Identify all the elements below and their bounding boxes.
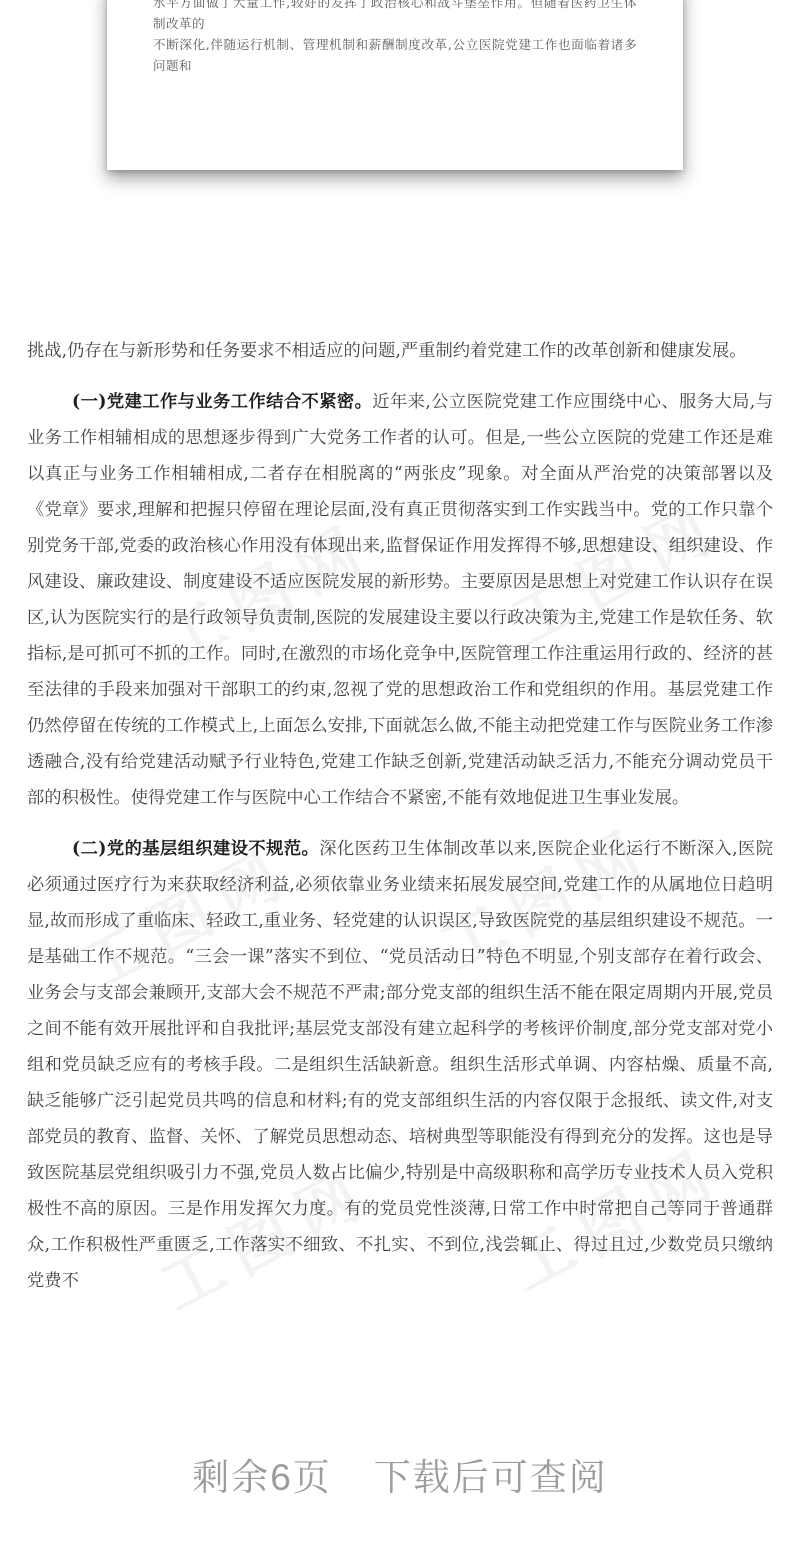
card-text-line: 不断深化,伴随运行机制、管理机制和薪酬制度改革,公立医院党建工作也面临着诸多问题… (153, 34, 637, 76)
paragraph-text: 挑战,仍存在与新形势和任务要求不相适应的问题,严重制约着党建工作的改革创新和健康… (27, 341, 747, 361)
section-2-heading: (二)党的基层组织建设不规范。 (72, 839, 319, 859)
paragraph-text: 近年来,公立医院党建工作应围绕中心、服务大局,与业务工作相辅相成的思想逐步得到广… (27, 392, 773, 808)
paragraph-section-2: (二)党的基层组织建设不规范。深化医药卫生体制改革以来,医院企业化运行不断深入,… (27, 831, 773, 1299)
paragraph-section-1: (一)党建工作与业务工作结合不紧密。近年来,公立医院党建工作应围绕中心、服务大局… (27, 384, 773, 816)
paragraph-continuation: 挑战,仍存在与新形势和任务要求不相适应的问题,严重制约着党建工作的改革创新和健康… (27, 333, 773, 369)
section-1-heading: (一)党建工作与业务工作结合不紧密。 (72, 392, 372, 412)
card-text-line: 水平方面做了大量工作,较好的发挥了政治核心和战斗堡垒作用。但随着医药卫生体制改革… (153, 0, 637, 34)
previous-page-card: 水平方面做了大量工作,较好的发挥了政治核心和战斗堡垒作用。但随着医药卫生体制改革… (107, 0, 683, 170)
document-preview-page[interactable]: 水平方面做了大量工作,较好的发挥了政治核心和战斗堡垒作用。但随着医药卫生体制改革… (0, 0, 800, 1550)
remaining-pages-label: 剩余6页 (192, 1457, 332, 1498)
paragraph-text: 深化医药卫生体制改革以来,医院企业化运行不断深入,医院必须通过医疗行为来获取经济… (27, 839, 773, 1291)
pages-remaining-banner: 剩余6页下载后可查阅 (0, 1447, 800, 1501)
document-body: 挑战,仍存在与新形势和任务要求不相适应的问题,严重制约着党建工作的改革创新和健康… (27, 333, 773, 1314)
download-hint-label: 下载后可查阅 (374, 1457, 608, 1498)
